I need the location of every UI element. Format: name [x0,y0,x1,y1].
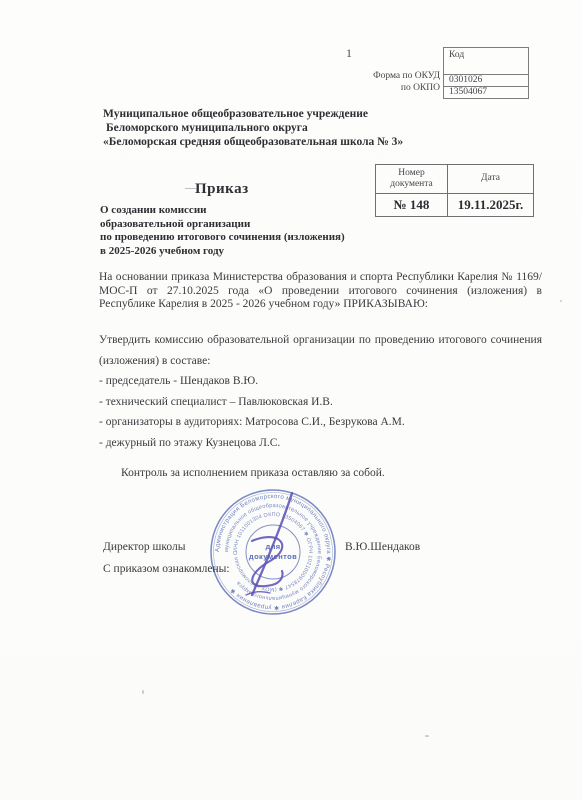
list-item-chairman: - председатель - Шендаков В.Ю. [99,371,542,392]
director-role-label: Директор школы [103,541,185,553]
subject-line-4: в 2025-2026 учебном году [100,245,440,259]
commission-list: - председатель - Шендаков В.Ю. - техниче… [99,371,542,453]
stamp-svg: Администрация Беломорского муниципальног… [200,479,346,625]
subject-line-3: по проведению итогового сочинения (излож… [100,231,440,245]
okud-labels: Форма по ОКУД по ОКПО [330,71,440,94]
official-stamp: Администрация Беломорского муниципальног… [200,479,346,625]
list-item-organizers: - организаторы в аудиториях: Матросова С… [99,412,542,433]
document-page: 1 Форма по ОКУД по ОКПО Код 0301026 1350… [0,0,582,800]
scan-speckle [142,690,144,694]
page-number: 1 [346,46,352,61]
okud-value: 0301026 [444,75,528,87]
okud-label: Форма по ОКУД [330,71,440,83]
doc-date-header: Дата [448,165,534,194]
code-box-header: Код [444,48,528,75]
okpo-value: 13504067 [444,87,528,98]
list-item-tech-specialist: - технический специалист – Павлюковская … [99,392,542,413]
subject-line-1: О создании комиссии [100,204,440,218]
control-line: Контроль за исполнением приказа оставляю… [121,467,521,479]
order-title-text: Приказ [195,181,249,197]
scan-dash-artifact: — [185,182,195,194]
doc-date-value: 19.11.2025г. [448,194,534,217]
org-line-1: Муниципальное общеобразовательное учрежд… [103,107,523,121]
organization-header: Муниципальное общеобразовательное учрежд… [103,107,523,149]
code-box: Код 0301026 13504067 [443,47,529,99]
org-line-3: «Беломорская средняя общеобразовательная… [103,135,523,149]
subject-line-2: образовательной организации [100,218,440,232]
scan-speckle [560,300,562,302]
okpo-label: по ОКПО [330,83,440,95]
scan-speckle [425,735,429,737]
director-name: В.Ю.Шендаков [345,541,420,553]
resolution-paragraph: Утвердить комиссию образовательной орган… [99,330,542,372]
order-subject: О создании комиссии образовательной орга… [100,204,440,258]
order-title: —Приказ [185,181,249,198]
doc-number-header: Номер документа [376,165,448,194]
list-item-floor-attendant: - дежурный по этажу Кузнецова Л.С. [99,433,542,454]
basis-paragraph: На основании приказа Министерства образо… [99,271,542,312]
org-line-2: Беломорского муниципального округа [103,121,523,135]
